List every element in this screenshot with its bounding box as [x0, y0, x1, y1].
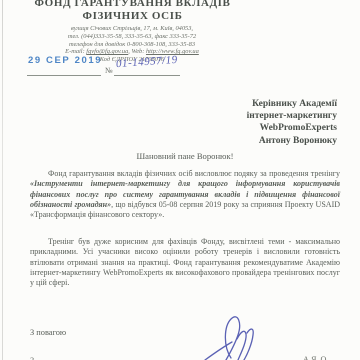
org-name-line2: ФІЗИЧНИХ ОСІБ — [30, 10, 235, 23]
recipient-line4: Антону Воронюку — [247, 135, 337, 147]
paragraph-1-intro: Фонд гарантування вкладів фізичних осіб … — [48, 169, 340, 178]
date-stamp: 29 СЕР 2019 — [28, 55, 102, 66]
recipient-block: Керівнику Академії інтернет-маркетингу W… — [247, 98, 337, 147]
salutation: Шановний пане Воронюк! — [30, 151, 340, 161]
address-hotline: телефон для довідок 0-800-308-108, 333-3… — [32, 41, 232, 49]
scanned-letter-page: ФОНД ГАРАНТУВАННЯ ВКЛАДІВ ФІЗИЧНИХ ОСІБ … — [0, 0, 360, 360]
web-label: , Web: — [128, 48, 146, 55]
org-name-line1: ФОНД ГАРАНТУВАННЯ ВКЛАДІВ — [30, 0, 235, 10]
closing-regards: З повагою — [30, 328, 66, 337]
org-header: ФОНД ГАРАНТУВАННЯ ВКЛАДІВ ФІЗИЧНИХ ОСІБ — [30, 0, 235, 23]
paragraph-1: Фонд гарантування вкладів фізичних осіб … — [30, 169, 340, 220]
recipient-line3: WebPromoExperts — [247, 122, 337, 134]
clipped-position-text: З — [30, 356, 34, 360]
ref-number-label: № — [105, 66, 113, 75]
recipient-line2: інтернет-маркетингу — [247, 110, 337, 122]
recipient-line1: Керівнику Академії — [247, 98, 337, 110]
address-street: вулиця Січових Стрільців, 17, м. Київ, 0… — [32, 25, 232, 33]
ref-number-underline — [114, 75, 180, 76]
paragraph-2: Тренінг був дуже корисним для фахівців Ф… — [30, 237, 340, 288]
scan-edge-artifact — [2, 0, 3, 360]
signer-initials-partial: А.Я. О — [303, 355, 326, 360]
address-phones: тел. (044)333-35-58, 333-35-63, факс 333… — [32, 33, 232, 41]
handwritten-signature — [198, 310, 268, 360]
date-underline — [27, 75, 101, 76]
